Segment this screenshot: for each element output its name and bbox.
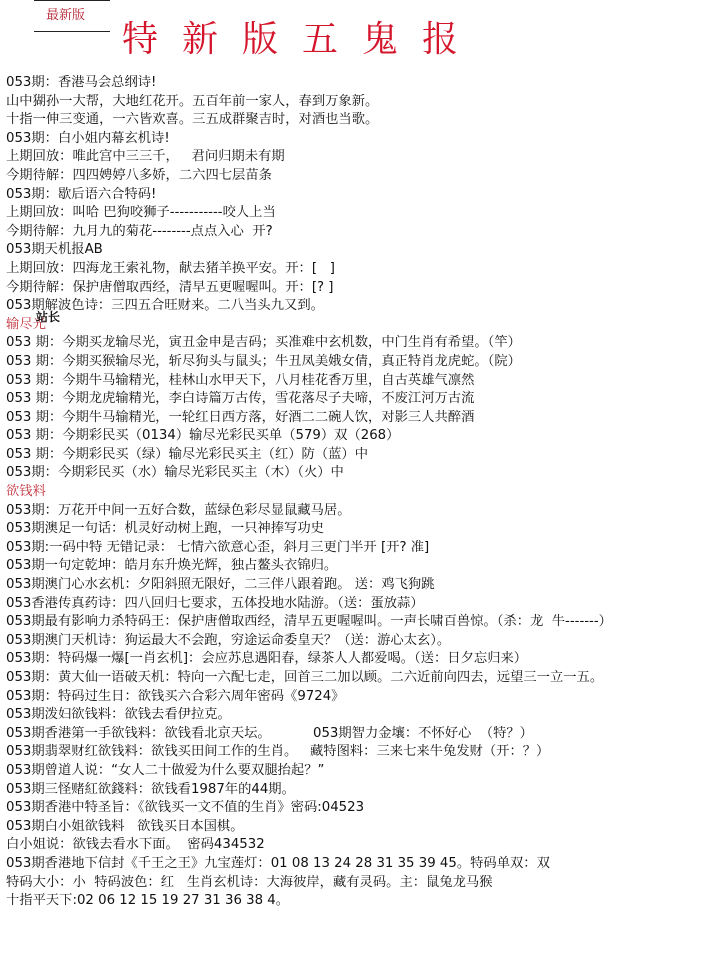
list-item: 053香港传真药诗：四八回归七要求，五体投地水陆游。（送：蛋放蒜） — [6, 595, 711, 614]
section-heading: 欲钱料 — [6, 483, 711, 502]
list-item: 053期:一码中特 无错记录： 七情六欲意心歪，斜月三更门半开 [开? 准] — [6, 539, 711, 558]
text-line: 053期天机报AB — [6, 241, 711, 260]
section-lose-all: 输尽光 站长 053 期：今期买龙输尽光，寅丑金申是吉码；买准难中玄机数，中门生… — [6, 316, 711, 483]
text-line: 053期解波色诗：三四五合旺财来。二八当头九又到。 — [6, 297, 711, 316]
text-line: 山中猢孙一大帮，大地红花开。五百年前一家人，春到万象新。 — [6, 93, 711, 112]
list-item: 053期：万花开中间一五好合数，蓝绿色彩尽显鼠藏马居。 — [6, 502, 711, 521]
text-line: 053期：白小姐内幕玄机诗! — [6, 130, 711, 149]
text-line: 十指一伸三变通，一六皆欢喜。三五成群聚吉时，对酒也当歌。 — [6, 111, 711, 130]
list-item: 053期澳门心水玄机：夕阳斜照无限好，二三伴八跟着跑。 送：鸡飞狗跳 — [6, 576, 711, 595]
content: 053期：香港马会总纲诗! 山中猢孙一大帮，大地红花开。五百年前一家人，春到万象… — [6, 74, 711, 911]
header: 最新版 特新版五鬼报 — [0, 0, 711, 70]
list-item: 053 期：今期牛马输精光，桂林山水甲天下，八月桂花香万里，自古英雄气凛然 — [6, 372, 711, 391]
list-item: 特码大小：小 特码波色：红 生肖玄机诗：大海彼岸，藏有灵码。主：鼠兔龙马猴 — [6, 874, 711, 893]
list-item: 053期香港中特圣旨：《欲钱买一文不值的生肖》密码:04523 — [6, 799, 711, 818]
list-item: 053 期：今期买龙输尽光，寅丑金申是吉码；买准难中玄机数，中门生肖有希望。（竿… — [6, 334, 711, 353]
divider — [34, 31, 110, 32]
list-item: 053期：特码过生日：欲钱买六合彩六周年密码《9724》 — [6, 688, 711, 707]
text-line: 今期待解：保护唐僧取西经，清早五更喔喔叫。开：[? ] — [6, 279, 711, 298]
list-item: 053 期：今期牛马输精光，一轮红日西方落，好酒二二碗人饮，对影三人共醉酒 — [6, 409, 711, 428]
text-line: 上期回放：唯此宫中三三千， 君问归期未有期 — [6, 148, 711, 167]
list-item: 053期澳足一句话：机灵好动树上跑，一只神捧写功史 — [6, 520, 711, 539]
section-riddles: 欲钱料 053期：万花开中间一五好合数，蓝绿色彩尽显鼠藏马居。 053期澳足一句… — [6, 483, 711, 911]
list-item: 053期泼妇欲钱料：欲钱去看伊拉克。 — [6, 706, 711, 725]
text-line: 上期回放：叫哈 巴狗咬狮子-----------咬人上当 — [6, 204, 711, 223]
list-item: 053 期：今期买猴输尽光，斩尽狗头与鼠头；牛丑凤美娥女倩，真正特肖龙虎蛇。（院… — [6, 353, 711, 372]
section-heading: 输尽光 站长 — [6, 316, 711, 335]
list-item: 十指平天下:02 06 12 15 19 27 31 36 38 4。 — [6, 892, 711, 911]
list-item: 053期：今期彩民买（水）输尽光彩民买主（木）（火）中 — [6, 464, 711, 483]
list-item: 053期香港第一手欲钱料：欲钱看北京天坛。 053期智力金壤：不怀好心 （特？） — [6, 725, 711, 744]
list-item: 053 期：今期彩民买（0134）输尽光彩民买单（579）双（268） — [6, 427, 711, 446]
list-item: 053期最有影响力杀特码王：保护唐僧取西经，清早五更喔喔叫。一声长啸百兽惊。（杀… — [6, 613, 711, 632]
list-item: 053期白小姐欲钱料 欲钱买日本国棋。 — [6, 818, 711, 837]
text-line: 053期：香港马会总纲诗! — [6, 74, 711, 93]
list-item: 053期三怪赌紅欲錢料：欲钱看1987年的44期。 — [6, 781, 711, 800]
text-line: 053期：歇后语六合特码! — [6, 186, 711, 205]
list-item: 053期翡翠财红欲钱料：欲钱买田间工作的生肖。 藏特图料：三来七来牛兔发财（开：… — [6, 743, 711, 762]
list-item: 053 期：今期龙虎输精光，李白诗篇万古传，雪花落尽子夫啼，不废江河万古流 — [6, 390, 711, 409]
list-item: 白小姐说：欲钱去看水下面。 密码434532 — [6, 836, 711, 855]
page-title: 特新版五鬼报 — [122, 18, 482, 62]
list-item: 053 期：今期彩民买（绿）输尽光彩民买主（红）防（蓝）中 — [6, 446, 711, 465]
section-title: 欲钱料 — [6, 484, 46, 499]
divider — [34, 0, 110, 1]
list-item: 053期：黄大仙一语破天机：特向一六配七走，回首三二加以顾。二六近前向四去，远望… — [6, 669, 711, 688]
list-item: 053期香港地下信封《千王之王》九宝莲灯：01 08 13 24 28 31 3… — [6, 855, 711, 874]
text-line: 上期回放：四海龙王索礼物，献去猪羊换平安。开：[ ] — [6, 260, 711, 279]
list-item: 053期曾道人说：“女人二十做爱为什么要双腿抬起？” — [6, 762, 711, 781]
list-item: 053期：特码爆一爆[一肖玄机]：会应苏息遇阳春，绿茶人人都爱喝。（送：日夕忘归… — [6, 650, 711, 669]
text-line: 今期待解：九月九的菊花--------点点入心 开? — [6, 223, 711, 242]
list-item: 053期澳门天机诗：狗运最大不会跑，穷途运命委皇天？（送：游心太玄）。 — [6, 632, 711, 651]
list-item: 053期一句定乾坤：皓月东升焕光辉，独占鳌头衣锦归。 — [6, 557, 711, 576]
text-line: 今期待解：四四娉婷八多娇，二六四七层苗条 — [6, 167, 711, 186]
latest-badge: 最新版 — [46, 4, 85, 23]
stamp-label: 站长 — [36, 308, 60, 327]
intro-block: 053期：香港马会总纲诗! 山中猢孙一大帮，大地红花开。五百年前一家人，春到万象… — [6, 74, 711, 316]
